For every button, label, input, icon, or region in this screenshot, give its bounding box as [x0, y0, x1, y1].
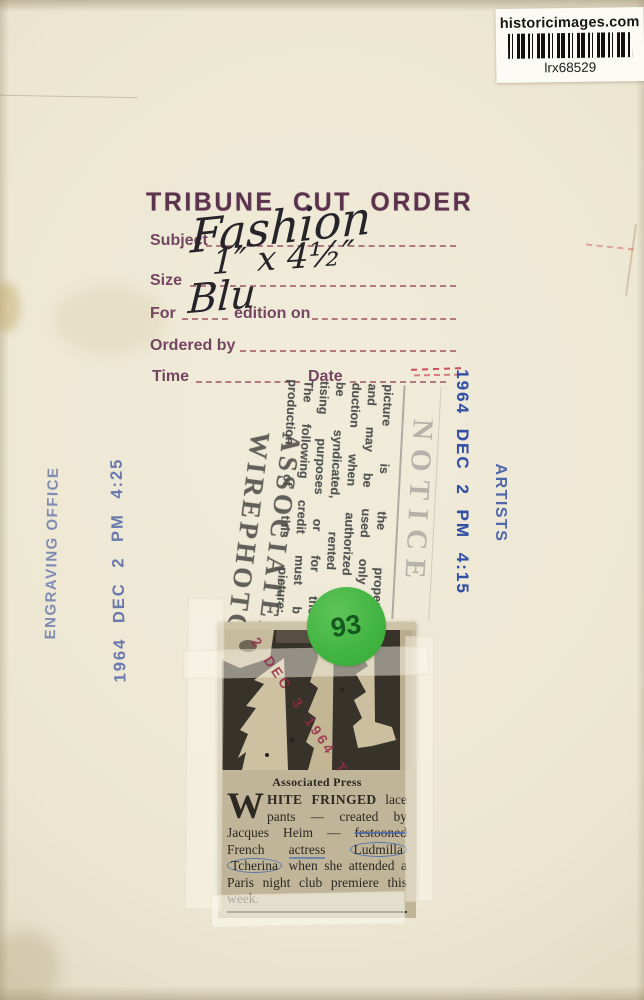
paper-stain	[0, 930, 60, 1000]
size-label: Size	[150, 272, 182, 290]
time-label: Time	[152, 368, 189, 386]
paper-stain	[0, 282, 20, 332]
for-label: For	[150, 305, 176, 323]
datetime-stamp-right: 1964 DEC 2 PM 4:15	[452, 369, 472, 595]
barcode-bars	[508, 32, 632, 59]
engraving-office-stamp: ENGRAVING OFFICE	[42, 466, 62, 639]
artists-stamp: ARTISTS	[491, 464, 509, 543]
barcode-site-text: historicimages.com	[500, 14, 640, 32]
paper-edge-grime-right	[636, 0, 644, 1000]
tape-strip-right	[405, 636, 434, 902]
caption-text: WHITE FRINGED lace pants — created by Ja…	[227, 792, 407, 908]
inventory-sticker: 93	[307, 587, 386, 666]
for-handwritten-value: Blu	[187, 271, 257, 323]
circled-name-first: Ludmilla	[350, 842, 408, 857]
circled-name-last: Tcherina	[227, 858, 282, 873]
barcode-label: historicimages.com lrx68529	[495, 7, 644, 83]
datetime-stamp-left: 1964 DEC 2 PM 4:25	[108, 457, 131, 682]
ordered-by-line	[240, 348, 456, 352]
tape-strip-left	[184, 598, 224, 910]
caption-struck-word: festooned	[355, 825, 407, 840]
red-pencil-mark	[586, 243, 634, 250]
sticker-number: 93	[329, 609, 364, 644]
photo-back-scan: historicimages.com lrx68529 TRIBUNE CUT …	[0, 0, 644, 1000]
caption-dropcap: W	[227, 792, 267, 822]
paper-edge-grime-left	[0, 0, 9, 1000]
caption-lead: HITE FRINGED	[267, 792, 377, 807]
paper-crease	[0, 95, 138, 98]
edition-on-line	[312, 316, 456, 320]
paper-stain	[55, 285, 165, 355]
barcode-code: lrx68529	[544, 60, 596, 76]
paper-edge-grime-bottom	[0, 986, 644, 1000]
tape-strip-bottom	[211, 891, 406, 928]
tape-strip-top	[183, 646, 429, 679]
notice-title: NOTICE	[391, 385, 441, 621]
caption-underlined-word: actress	[289, 842, 326, 859]
caption-segment: French	[227, 842, 289, 857]
ordered-by-label: Ordered by	[150, 337, 235, 355]
